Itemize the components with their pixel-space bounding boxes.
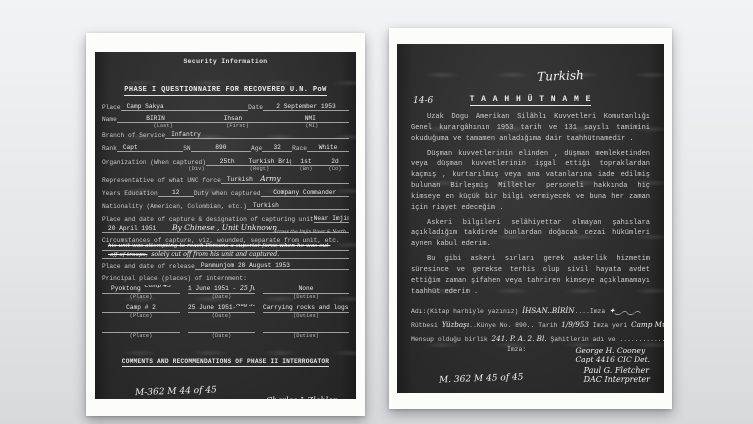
place-label: Place: [102, 104, 121, 111]
age-value: 32: [262, 144, 292, 152]
internment-place-3: [102, 324, 180, 333]
date-label: Date: [248, 104, 263, 111]
name-label: Name: [102, 116, 117, 123]
div-caption: (Div): [165, 166, 228, 172]
circumstances-struck: his unit was attempting to reach Persons…: [102, 243, 349, 251]
unc-row: Representative of what UNC force Turkish…: [95, 174, 356, 184]
turkish-form: Adı:(Kitap harbiyle yazınız) İHSAN..BİRİ…: [397, 302, 664, 347]
comments-header: COMMENTS AND RECOMMENDATIONS OF PHASE II…: [95, 350, 356, 368]
education-duty-row: Years Education 12 Duty when captured Co…: [95, 189, 356, 197]
capture-label: Place and date of capture & designation …: [102, 216, 314, 223]
internment-duties-1: None: [263, 285, 349, 294]
first-caption: (First): [200, 123, 274, 129]
form-name-value: İHSAN..BİRİN: [522, 306, 574, 315]
duty-value: Company Commander: [261, 189, 349, 197]
imza-label: İmza:: [507, 346, 526, 364]
language-annotation: Turkish: [397, 65, 664, 88]
scanned-page-questionnaire: Security Information PHASE I QUESTIONNAI…: [86, 33, 365, 416]
mi-caption: (MI): [275, 123, 349, 129]
circumstances-hand: -off of troops, solely cut off from his …: [102, 251, 349, 259]
org-bn: 1st: [291, 158, 321, 166]
internment-date-1: 1 June 1951 - 25 June 51: [188, 285, 255, 294]
education-label: Years Education: [102, 190, 158, 197]
organization-row: Organization (When captured) 25th Turkis…: [95, 158, 356, 166]
branch-row: Branch of Service Infantry: [95, 131, 356, 139]
paragraph-4: Bu gibi askeri sırları gerek askerlik hi…: [411, 254, 650, 297]
witness2-signature: Paul G. Fletcher DAC Interpreter: [584, 366, 650, 384]
education-value: 12: [158, 189, 194, 197]
internment-label-row: Principal place (places) of internment:: [95, 275, 356, 282]
age-label: Age: [251, 145, 262, 152]
paragraph-1: Uzak Dogu Amerikan Silâhlı Kuvvetleri Ko…: [411, 112, 650, 145]
form-signature-scribble: ✦‿︵‿︵: [609, 306, 641, 315]
witness-signature-row: İmza: George H. Cooney Capt 4416 CIC Det…: [397, 346, 664, 364]
circumstances-hand-line1: his unit was attempting to reach Persons…: [95, 243, 356, 251]
internment-row-2: Camp # 2 25 June 1951-Aug 53 Carrying ro…: [95, 304, 356, 313]
nationality-label: Nationality (American, Colombian, etc.): [102, 203, 247, 210]
rank-value: Capt: [117, 144, 183, 152]
internment-captions-2: (Place) (Date) (Duties): [95, 313, 356, 319]
security-header: Security Information: [95, 58, 356, 65]
internment-place-2: Camp # 2: [102, 304, 180, 313]
rank-row: Rank Capt SN 890 Age 32 Race White: [95, 144, 356, 152]
race-value: White: [307, 144, 349, 152]
internment-row-1: Pyoktong Camp #5 1 June 1951 - 25 June 5…: [95, 285, 356, 294]
release-value: Panmunjom 28 August 1953: [195, 262, 349, 270]
sn-value: 890: [191, 144, 251, 152]
title-row: 14-6 T A A H H Ü T N A M E: [397, 88, 664, 106]
capture-row2: 20 April 1951 By Chinese , Unit Unknown …: [95, 223, 356, 233]
sn-label: SN: [183, 145, 190, 152]
bn-caption: (Bn): [291, 166, 321, 172]
name-mi: NMI: [272, 115, 349, 123]
internment-date-3: [188, 324, 255, 333]
nationality-value: Turkish: [247, 202, 349, 210]
internment-captions-1: (Place) (Date) (Duties): [95, 294, 356, 300]
organization-captions: (Div) (Regt) (Bn) (Co): [95, 166, 356, 172]
date-value: 2 September 1953: [263, 103, 349, 111]
document-title: PHASE I QUESTIONNAIRE FOR RECOVERED U.N.…: [95, 78, 356, 96]
release-row: Place and date of release Panmunjom 28 A…: [95, 262, 356, 270]
name-last: BIRIN: [117, 115, 194, 123]
capture-row: Place and date of capture & designation …: [95, 215, 356, 223]
org-div: 25th: [206, 158, 249, 166]
internment-label: Principal place (places) of internment:: [102, 275, 247, 282]
bottom-row: M. 362 M 45 of 45 Paul G. Fletcher DAC I…: [397, 366, 664, 384]
paragraph-3: Askeri bilgileri selâhiyettar olmayan şa…: [411, 218, 650, 251]
branch-value: Infantry: [165, 131, 349, 139]
place-date-row: Place Camp Sakya Date 2 September 1953: [95, 103, 356, 111]
witness1-signature: George H. Cooney Capt 4416 CIC Det.: [575, 346, 650, 364]
organization-label: Organization (When captured): [102, 159, 206, 166]
internment-captions-3: (Place) (Date) (Duties): [95, 333, 356, 339]
internment-row-3: [95, 324, 356, 333]
form-name-line: Adı:(Kitap harbiyle yazınız) İHSAN..BİRİ…: [411, 304, 650, 318]
photostat-left: Security Information PHASE I QUESTIONNAI…: [95, 52, 356, 399]
paragraph-2: Düşman kuvvetlerinin elinden , düşman me…: [411, 149, 650, 214]
name-captions: (Last) (First) (MI): [95, 123, 356, 129]
taahhutname-title: T A A H H Ü T N A M E: [457, 88, 648, 106]
org-co: 2d: [321, 158, 349, 166]
internment-place-1: Pyoktong Camp #5: [102, 285, 180, 294]
rank-label: Rank: [102, 145, 117, 152]
nationality-row: Nationality (American, Colombian, etc.) …: [95, 202, 356, 210]
interrogator-signature: Charles J. Zlehlen: [266, 396, 338, 399]
co-caption: (Co): [321, 166, 349, 172]
internment-date-2: 25 June 1951-Aug 53: [188, 304, 255, 313]
regt-caption: (Regt): [228, 166, 291, 172]
turkish-body: Uzak Dogu Amerikan Silâhlı Kuvvetleri Ko…: [397, 106, 664, 298]
photostat-right: Turkish 14-6 T A A H H Ü T N A M E Uzak …: [397, 44, 664, 393]
circumstances-hand-line2: -off of troops, solely cut off from his …: [95, 251, 356, 259]
unc-hand: Army: [260, 174, 280, 183]
form-imza-yeri-value: Camp Munsan: [631, 320, 664, 329]
capture-typed2: 20 April 1951: [102, 225, 166, 233]
name-first: Ihsan: [194, 115, 271, 123]
form-unit-value: 241. P. A. 2. Bl.: [492, 334, 547, 343]
duty-label: Duty when captured: [194, 190, 261, 197]
org-regt: Turkish Brigade: [248, 158, 291, 166]
page-number-annotation: 14-6: [413, 96, 457, 106]
capture-annotation: Across the Imjin River & North: [273, 230, 346, 235]
last-caption: (Last): [126, 123, 200, 129]
form-date-value: 1/9/953: [561, 320, 589, 329]
internment-duties-2: Carrying rocks and logs.: [263, 304, 349, 313]
capture-typed: Near Imjin Rivers approx.: [314, 215, 349, 223]
form-rank-value: Yüzbaşı: [442, 320, 469, 329]
form-rank-line: Rütbesi Yüzbaşı..Künye No. 890.. Tarih 1…: [411, 318, 650, 332]
release-label: Place and date of release: [102, 263, 195, 270]
place-value: Camp Sakya: [121, 103, 249, 111]
unc-label: Representative of what UNC force: [102, 177, 221, 184]
race-label: Race: [292, 145, 307, 152]
internment-duties-3: [263, 324, 349, 333]
name-row: Name BIRIN Ihsan NMI: [95, 115, 356, 123]
form-kunye-value: 890..: [515, 322, 534, 329]
film-frame-note-right: M. 362 M 45 of 45: [439, 373, 524, 386]
scanned-page-taahhutname: Turkish 14-6 T A A H H Ü T N A M E Uzak …: [389, 28, 672, 409]
form-unit-line: Mensup olduğu birlik 241. P. A. 2. Bl. Ş…: [411, 332, 650, 346]
branch-label: Branch of Service: [102, 132, 165, 139]
unc-value: Turkish Army: [221, 174, 349, 184]
